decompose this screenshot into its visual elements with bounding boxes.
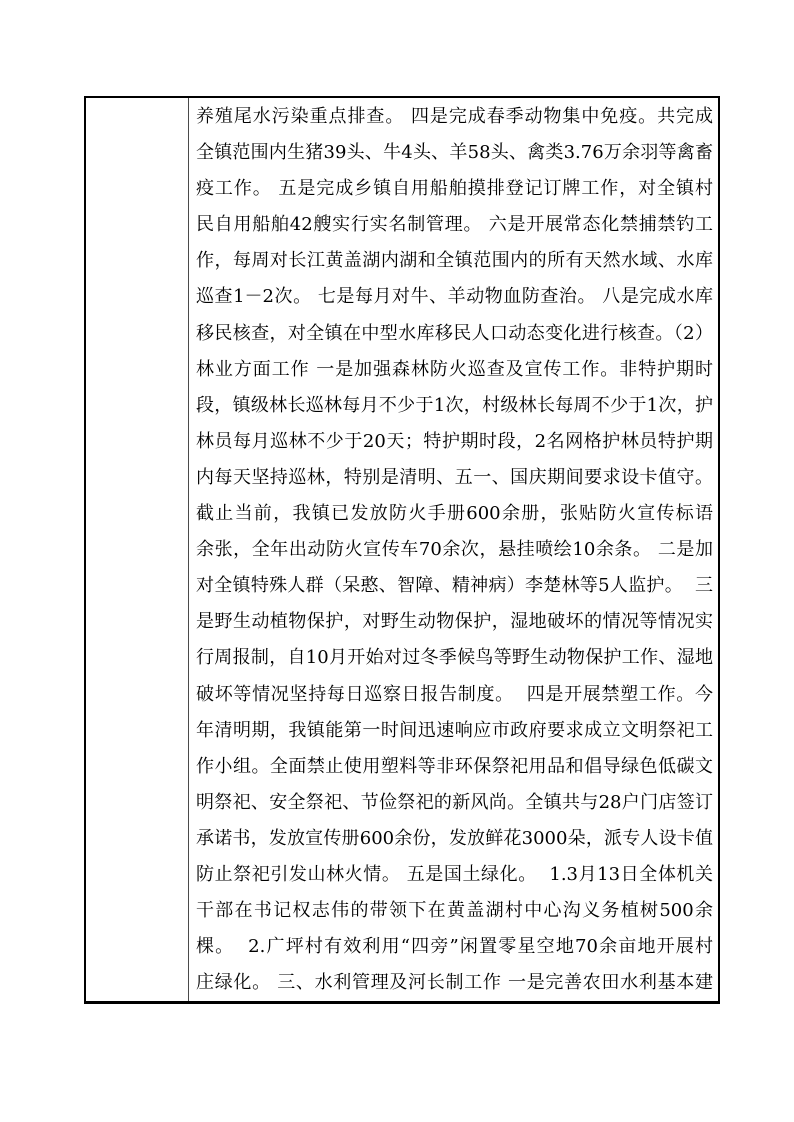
document-text-line: 庄绿化。 三、水利管理及河长制工作 一是完善农田水利基本建 <box>196 965 713 1001</box>
report-table: 养殖尾水污染重点排查。 四是完成春季动物集中免疫。共完成全镇范围内生猪39头、牛… <box>84 96 720 1004</box>
document-text-line: 行周报制，自10月开始对过冬季候鸟等野生动物保护工作、湿地 <box>196 640 713 676</box>
document-page: 养殖尾水污染重点排查。 四是完成春季动物集中免疫。共完成全镇范围内生猪39头、牛… <box>0 0 794 1122</box>
document-text-line: 是野生动植物保护，对野生动物保护，湿地破坏的情况等情况实 <box>196 604 713 640</box>
document-text-line: 巡查1－2次。 七是每月对牛、羊动物血防查治。 八是完成水库 <box>196 279 713 315</box>
document-text-line: 作小组。全面禁止使用塑料等非环保祭祀用品和倡导绿色低碳文 <box>196 749 713 785</box>
document-text-line: 全镇范围内生猪39头、牛4头、羊58头、禽类3.76万余羽等禽畜免 <box>196 135 713 171</box>
document-text-line: 林业方面工作 一是加强森林防火巡查及宣传工作。非特护期时 <box>196 352 713 388</box>
document-text-line: 截止当前，我镇已发放防火手册600余册，张贴防火宣传标语100 <box>196 496 713 532</box>
table-content-cell: 养殖尾水污染重点排查。 四是完成春季动物集中免疫。共完成全镇范围内生猪39头、牛… <box>189 98 718 1001</box>
document-text-line: 明祭祀、安全祭祀、节俭祭祀的新风尚。全镇共与28户门店签订 <box>196 785 713 821</box>
document-text-line: 余张，全年出动防火宣传车70余次，悬挂喷绘10余条。 二是加强 <box>196 532 713 568</box>
document-text-line: 林员每月巡林不少于20天；特护期时段，2名网格护林员特护期 <box>196 424 713 460</box>
table-row-label-cell <box>86 98 189 1001</box>
document-text-line: 段，镇级林长巡林每月不少于1次，村级林长每周不少于1次，护 <box>196 388 713 424</box>
document-text-line: 干部在书记权志伟的带领下在黄盖湖村中心沟义务植树500余 <box>196 893 713 929</box>
document-text-line: 棵。 2.广坪村有效利用“四旁”闲置零星空地70余亩地开展村 <box>196 929 713 965</box>
document-text-line: 疫工作。 五是完成乡镇自用船舶摸排登记订牌工作，对全镇村 <box>196 171 713 207</box>
document-text-line: 破坏等情况坚持每日巡察日报告制度。 四是开展禁塑工作。今 <box>196 677 713 713</box>
document-text-line: 内每天坚持巡林，特别是清明、五一、国庆期间要求设卡值守。 <box>196 460 713 496</box>
document-text-line: 对全镇特殊人群（呆憨、智障、精神病）李楚林等5人监护。 三 <box>196 568 713 604</box>
document-text-line: 作，每周对长江黄盖湖内湖和全镇范围内的所有天然水域、水库 <box>196 243 713 279</box>
document-text-line: 年清明期，我镇能第一时间迅速响应市政府要求成立文明祭祀工 <box>196 713 713 749</box>
document-text-line: 民自用船舶42艘实行实名制管理。 六是开展常态化禁捕禁钓工 <box>196 207 713 243</box>
document-text-line: 防止祭祀引发山林火情。 五是国土绿化。 1.3月13日全体机关 <box>196 857 713 893</box>
document-text-line: 养殖尾水污染重点排查。 四是完成春季动物集中免疫。共完成 <box>196 99 713 135</box>
document-text-line: 移民核查，对全镇在中型水库移民人口动态变化进行核查。（2） <box>196 316 713 352</box>
document-text-line: 承诺书，发放宣传册600余份，发放鲜花3000朵，派专人设卡值守 <box>196 821 713 857</box>
